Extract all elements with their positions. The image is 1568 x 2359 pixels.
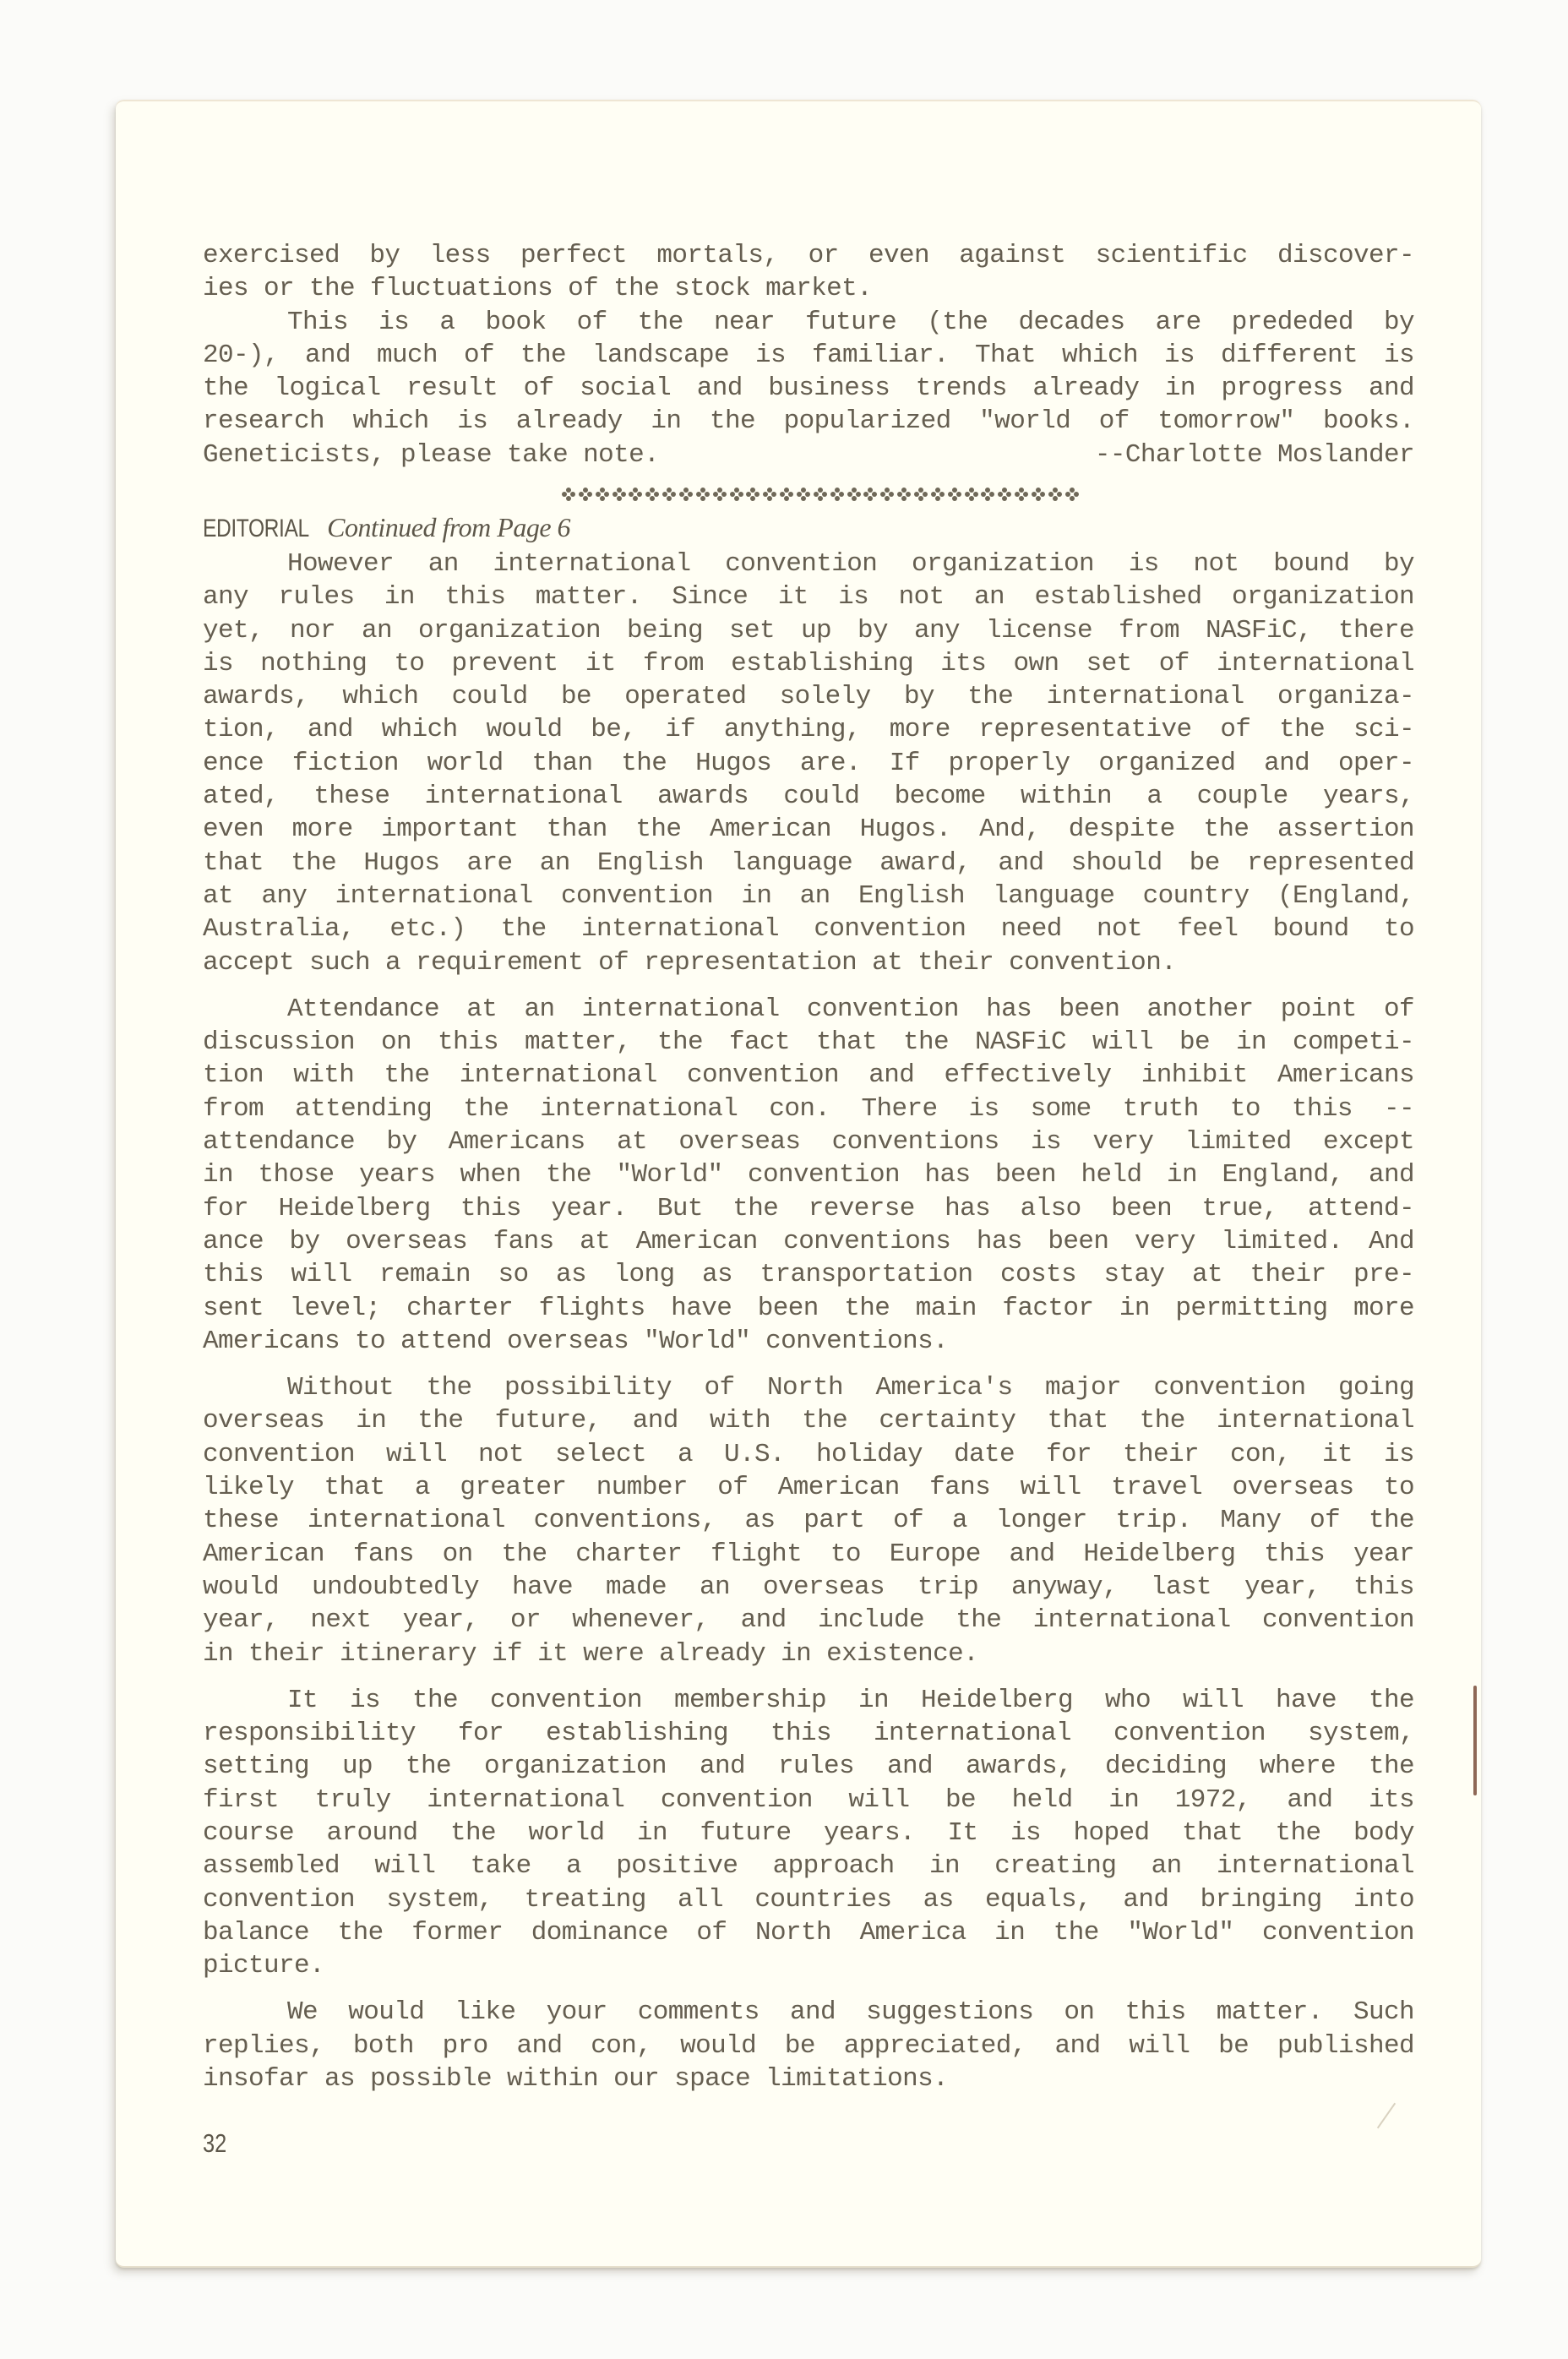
text-line: even more important than the American Hu… xyxy=(203,813,1414,846)
text-line: accept such a requirement of representat… xyxy=(203,946,1414,979)
text-line: insofar as possible within our space lim… xyxy=(203,2062,1414,2095)
text-line: balance the former dominance of North Am… xyxy=(203,1916,1414,1949)
text-line: yet, nor an organization being set up by… xyxy=(203,614,1414,647)
text-line: 20-), and much of the landscape is famil… xyxy=(203,339,1414,372)
text-line: setting up the organization and rules an… xyxy=(203,1750,1414,1783)
diamond-ornament-icon xyxy=(780,488,793,501)
text-line: However an international convention orga… xyxy=(203,548,1414,580)
diamond-ornament-icon xyxy=(662,488,676,501)
section-divider xyxy=(562,485,1079,504)
editorial-paragraph: It is the convention membership in Heide… xyxy=(203,1684,1414,1983)
diamond-ornament-icon xyxy=(596,488,609,501)
text-line: assembled will take a positive approach … xyxy=(203,1850,1414,1882)
editorial-paragraph: Attendance at an international conventio… xyxy=(203,993,1414,1358)
text-line: discussion on this matter, the fact that… xyxy=(203,1026,1414,1059)
binding-edge-mark xyxy=(1473,1686,1477,1795)
diamond-ornament-icon xyxy=(612,488,626,501)
diamond-ornament-icon xyxy=(713,488,727,501)
diamond-ornament-icon xyxy=(931,488,945,501)
text-line: convention system, treating all countrie… xyxy=(203,1883,1414,1916)
diamond-ornament-icon xyxy=(1065,488,1079,501)
text-line: Americans to attend overseas "World" con… xyxy=(203,1325,1414,1358)
diamond-ornament-icon xyxy=(998,488,1011,501)
diamond-ornament-icon xyxy=(965,488,978,501)
text-line: likely that a greater number of American… xyxy=(203,1471,1414,1504)
text-line: from attending the international con. Th… xyxy=(203,1092,1414,1125)
text-line: overseas in the future, and with the cer… xyxy=(203,1404,1414,1437)
diamond-ornament-icon xyxy=(562,488,575,501)
text-line: in those years when the "World" conventi… xyxy=(203,1158,1414,1191)
text-line: first truly international convention wil… xyxy=(203,1784,1414,1817)
text-line: that the Hugos are an English language a… xyxy=(203,847,1414,880)
editorial-paragraph: Without the possibility of North America… xyxy=(203,1371,1414,1670)
signature-line: Geneticists, please take note. --Charlot… xyxy=(203,439,1414,471)
editorial-paragraph: However an international convention orga… xyxy=(203,548,1414,979)
review-paragraph-2: This is a book of the near future (the d… xyxy=(203,306,1414,471)
review-paragraph-1: exercised by less perfect mortals, or ev… xyxy=(203,239,1414,306)
review-author-signature: --Charlotte Moslander xyxy=(1095,439,1414,471)
text-line: picture. xyxy=(203,1949,1414,1982)
diamond-ornament-icon xyxy=(797,488,810,501)
text-line: sent level; charter flights have been th… xyxy=(203,1292,1414,1325)
diamond-ornament-icon xyxy=(897,488,911,501)
text-line: for Heidelberg this year. But the revers… xyxy=(203,1192,1414,1225)
text-line: would undoubtedly have made an overseas … xyxy=(203,1571,1414,1604)
text-line: Geneticists, please take note. xyxy=(203,439,659,471)
text-line: convention will not select a U.S. holida… xyxy=(203,1438,1414,1471)
diamond-ornament-icon xyxy=(880,488,894,501)
text-line: responsibility for establishing this int… xyxy=(203,1717,1414,1750)
text-line: at any international convention in an En… xyxy=(203,880,1414,913)
diamond-ornament-icon xyxy=(847,488,861,501)
diamond-ornament-icon xyxy=(696,488,710,501)
diamond-ornament-icon xyxy=(948,488,961,501)
text-line: ies or the fluctuations of the stock mar… xyxy=(203,272,1414,305)
diamond-ornament-icon xyxy=(679,488,693,501)
text-line: tion with the international convention a… xyxy=(203,1059,1414,1092)
text-line: ated, these international awards could b… xyxy=(203,780,1414,813)
text-line: is nothing to prevent it from establishi… xyxy=(203,647,1414,680)
text-line: this will remain so as long as transport… xyxy=(203,1258,1414,1291)
diamond-ornament-icon xyxy=(830,488,844,501)
diamond-ornament-icon xyxy=(1048,488,1062,501)
diamond-ornament-icon xyxy=(579,488,592,501)
text-line: American fans on the charter flight to E… xyxy=(203,1538,1414,1571)
text-line: exercised by less perfect mortals, or ev… xyxy=(203,239,1414,272)
diamond-ornament-icon xyxy=(746,488,759,501)
text-line: research which is already in the popular… xyxy=(203,405,1414,438)
text-line: It is the convention membership in Heide… xyxy=(203,1684,1414,1717)
text-line: in their itinerary if it were already in… xyxy=(203,1637,1414,1670)
text-line: awards, which could be operated solely b… xyxy=(203,680,1414,713)
text-line: This is a book of the near future (the d… xyxy=(203,306,1414,339)
editorial-heading: EDITORIAL Continued from Page 6 xyxy=(203,511,1414,545)
text-line: replies, both pro and con, would be appr… xyxy=(203,2029,1414,2062)
text-line: Australia, etc.) the international conve… xyxy=(203,913,1414,945)
text-line: Attendance at an international conventio… xyxy=(203,993,1414,1026)
continued-note: Continued from Page 6 xyxy=(327,512,570,542)
page-number: 32 xyxy=(203,2128,226,2159)
diamond-ornament-icon xyxy=(981,488,994,501)
diamond-ornament-icon xyxy=(645,488,659,501)
text-line: attendance by Americans at overseas conv… xyxy=(203,1125,1414,1158)
review-conclusion: exercised by less perfect mortals, or ev… xyxy=(203,239,1414,471)
text-line: the logical result of social and busines… xyxy=(203,372,1414,405)
diamond-ornament-icon xyxy=(629,488,642,501)
diamond-ornament-icon xyxy=(914,488,928,501)
diamond-ornament-icon xyxy=(863,488,877,501)
diamond-ornament-icon xyxy=(1015,488,1028,501)
text-line: ence fiction world than the Hugos are. I… xyxy=(203,747,1414,780)
editorial-paragraph: We would like your comments and suggesti… xyxy=(203,1996,1414,2095)
text-line: Without the possibility of North America… xyxy=(203,1371,1414,1404)
text-line: any rules in this matter. Since it is no… xyxy=(203,580,1414,613)
text-line: these international conventions, as part… xyxy=(203,1504,1414,1537)
diamond-ornament-icon xyxy=(1032,488,1045,501)
editorial-body: However an international convention orga… xyxy=(203,548,1414,2095)
text-line: ance by overseas fans at American conven… xyxy=(203,1225,1414,1258)
diamond-ornament-icon xyxy=(814,488,827,501)
text-line: course around the world in future years.… xyxy=(203,1817,1414,1850)
text-line: We would like your comments and suggesti… xyxy=(203,1996,1414,2029)
diamond-ornament-icon xyxy=(763,488,776,501)
diamond-ornament-icon xyxy=(730,488,743,501)
section-title: EDITORIAL xyxy=(203,512,309,545)
text-line: year, next year, or whenever, and includ… xyxy=(203,1604,1414,1637)
text-line: tion, and which would be, if anything, m… xyxy=(203,713,1414,746)
